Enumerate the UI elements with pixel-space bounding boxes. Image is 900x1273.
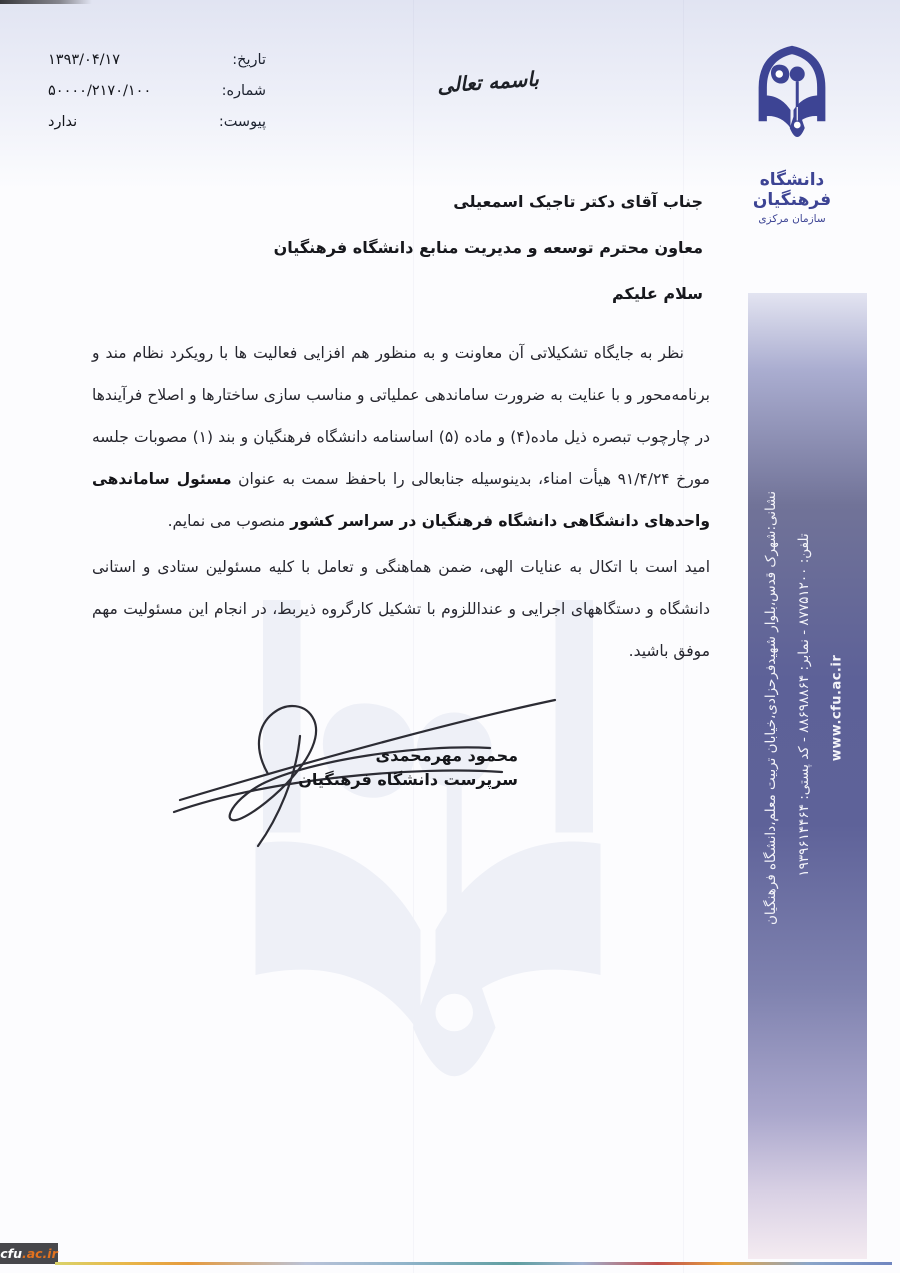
emblem-watermark (178, 600, 678, 1204)
university-name: دانشگاه فرهنگیان (722, 170, 862, 210)
salutation: سلام علیکم (274, 284, 703, 304)
letterhead-side-band: نشانی:شهرک قدس،بلوار شهیدفرحزادی،خیابان … (748, 293, 867, 1259)
letter-body: نظر به جایگاه تشکیلاتی آن معاونت و به من… (92, 332, 710, 672)
website-line: www.cfu.ac.ir (830, 655, 845, 761)
number-value: ۵۰۰۰۰/۲۱۷۰/۱۰۰ (48, 83, 151, 99)
badge-cfu-text: cfu (0, 1243, 22, 1264)
rainbow-scan-line (55, 1262, 892, 1265)
attachment-value: ندارد (48, 114, 77, 130)
appointment-text: نظر به جایگاه تشکیلاتی آن معاونت و به من… (92, 344, 710, 488)
appointment-closing: منصوب می نمایم. (168, 512, 291, 530)
central-organization-label: سازمان مرکزی (722, 213, 862, 225)
number-label: شماره: (222, 83, 266, 99)
scan-edge-artifact (0, 0, 92, 4)
paragraph-appointment: نظر به جایگاه تشکیلاتی آن معاونت و به من… (92, 332, 710, 542)
contact-line: تلفن: ۸۷۷۵۱۲۰۰ - نمابر: ۸۸۶۹۸۸۶۴ - کد پس… (796, 533, 812, 876)
signer-title: سرپرست دانشگاه فرهنگیان (298, 768, 518, 792)
paragraph-wishes: امید است با اتکال به عنایات الهی، ضمن هم… (92, 546, 710, 672)
meta-row-number: شماره: ۵۰۰۰۰/۲۱۷۰/۱۰۰ (48, 83, 266, 99)
signer-name: محمود مهرمحمدی (298, 744, 518, 768)
meta-row-attachment: پیوست: ندارد (48, 114, 266, 130)
recipient-name: جناب آقای دکتر تاجیک اسمعیلی (274, 192, 703, 212)
scanned-letter-page: تاریخ: ۱۳۹۳/۰۴/۱۷ شماره: ۵۰۰۰۰/۲۱۷۰/۱۰۰ … (0, 0, 900, 1273)
address-line: نشانی:شهرک قدس،بلوار شهیدفرحزادی،خیابان … (763, 491, 779, 925)
cfu-watermark-badge: cfu.ac.ir (0, 1243, 58, 1264)
recipient-title: معاون محترم توسعه و مدیریت منابع دانشگاه… (274, 238, 703, 258)
university-logo: دانشگاه فرهنگیان سازمان مرکزی (722, 44, 862, 225)
letter-meta-block: تاریخ: ۱۳۹۳/۰۴/۱۷ شماره: ۵۰۰۰۰/۲۱۷۰/۱۰۰ … (48, 52, 266, 145)
date-label: تاریخ: (232, 52, 266, 68)
date-value: ۱۳۹۳/۰۴/۱۷ (48, 52, 120, 68)
recipient-block: جناب آقای دکتر تاجیک اسمعیلی معاون محترم… (274, 192, 703, 330)
signature-block: محمود مهرمحمدی سرپرست دانشگاه فرهنگیان (298, 744, 518, 792)
meta-row-date: تاریخ: ۱۳۹۳/۰۴/۱۷ (48, 52, 266, 68)
university-emblem-icon (736, 44, 848, 164)
badge-acir-text: .ac.ir (22, 1243, 58, 1264)
attachment-label: پیوست: (219, 114, 266, 130)
